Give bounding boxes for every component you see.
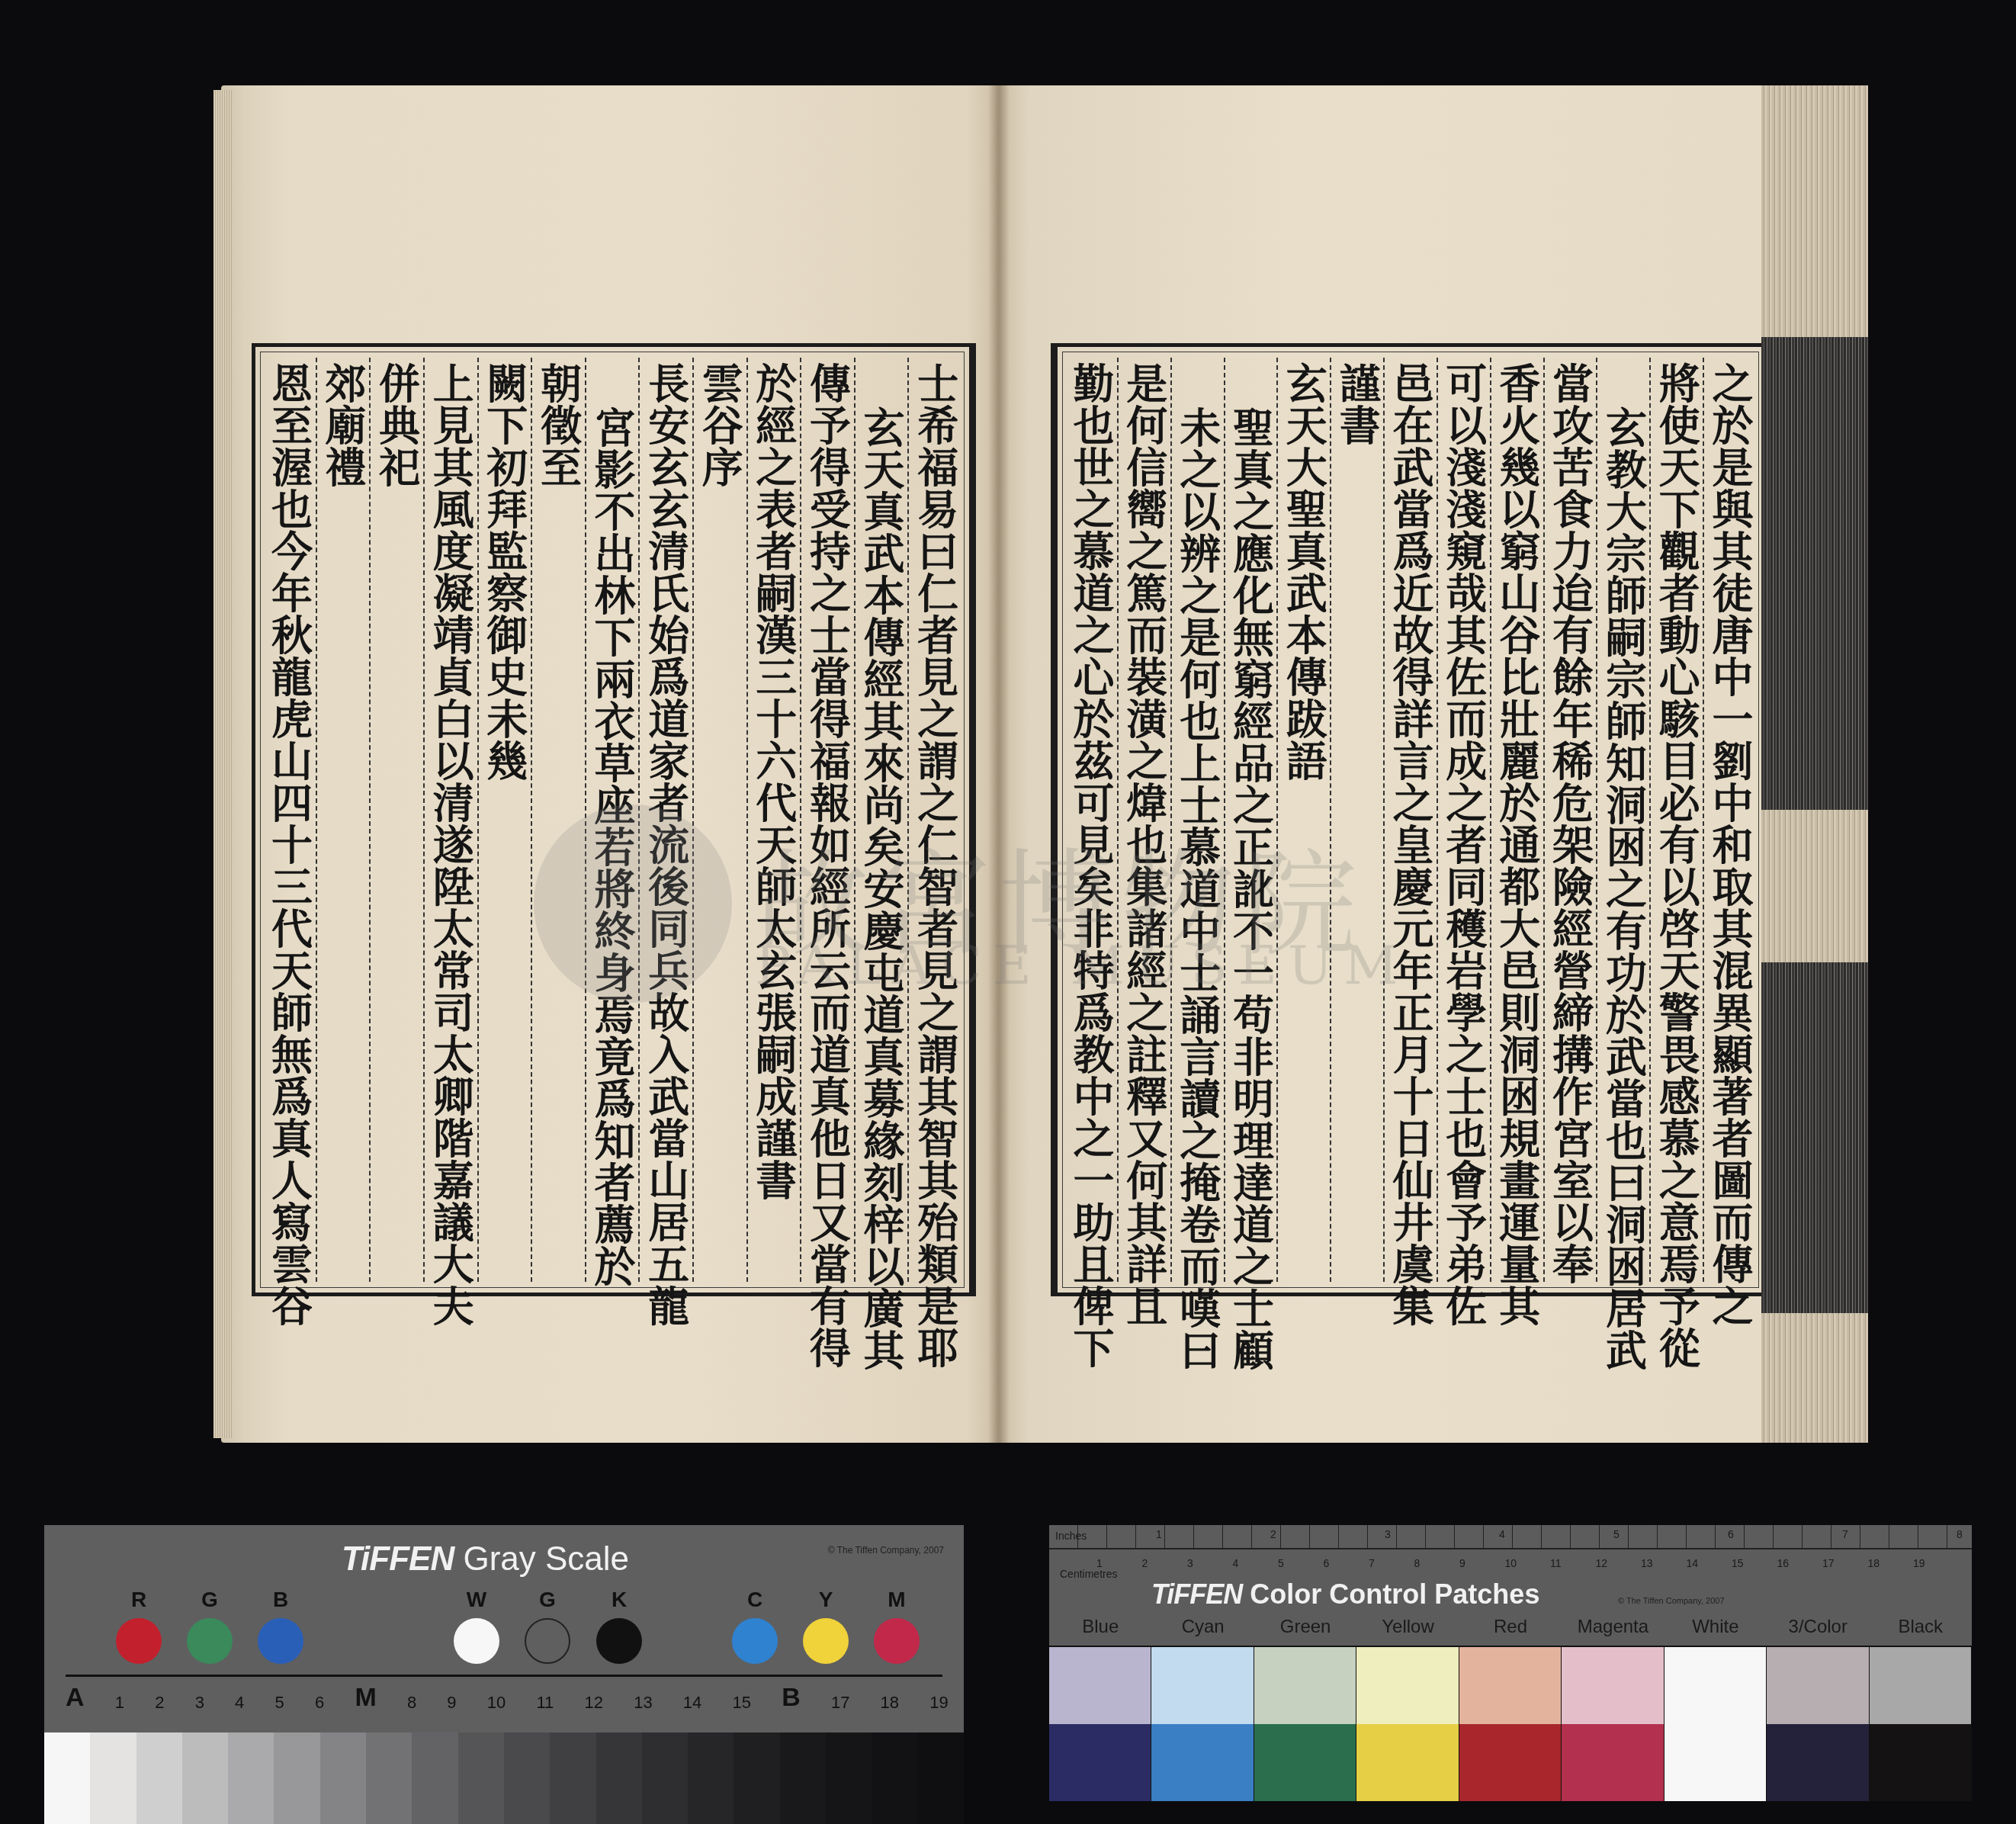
left-page-columns: 士希福易曰仁者見之謂之仁智者見之謂其智其殆類是耶玄天真武本傳經其來尚矣安慶屯道真… [263,358,961,1282]
gray-step [642,1732,688,1824]
text-column: 當攻苦食力迨有餘年稀危架險經營締搆作宮室以奉 [1543,358,1597,1282]
gray-scale-copyright: © The Tiffen Company, 2007 [828,1545,944,1556]
cm-mark: 3 [1187,1557,1193,1569]
step-label: A [66,1683,85,1713]
color-dot: C [730,1588,779,1664]
gray-step [504,1732,550,1824]
centimetres-label: Centimetres [1060,1568,1117,1580]
patch-labels: BlueCyanGreenYellowRedMagentaWhite3/Colo… [1049,1617,1972,1638]
cm-mark: 11 [1550,1557,1562,1569]
color-patch-light [1049,1647,1151,1724]
cm-mark: 2 [1142,1557,1148,1569]
gray-step [826,1732,872,1824]
gray-step [228,1732,274,1824]
text-column: 上見其風度凝靖貞白以清遂陞太常司太卿階嘉議大夫 [423,358,477,1282]
column-text: 雲谷序 [699,358,740,1282]
color-dot: B [256,1588,305,1664]
text-column: 可以淺淺窺哉其佐而成之者同穫岩學之士也會予弟佐 [1437,358,1490,1282]
color-patch-light [1151,1647,1254,1724]
column-text: 玄教大宗師嗣宗師知洞囦之有功於武當也曰洞囦居武 [1603,358,1644,1282]
text-column: 聖真之應化無窮經品之正訛不一苟非明理達道之士顧 [1224,358,1277,1282]
text-column: 邑在武當爲近故得詳言之皇慶元年正月十日仙井虞集 [1383,358,1437,1282]
cm-mark: 8 [1414,1557,1421,1569]
patch-label: Red [1459,1617,1562,1638]
color-dot: G [185,1588,234,1664]
step-label: 1 [115,1693,124,1713]
color-patch-dark [1356,1724,1459,1801]
step-label: 8 [407,1693,416,1713]
column-text: 是何信嚮之篤而裝潢之煒也集諸經之註釋又何其詳且 [1124,358,1165,1282]
gray-scale-title-text: Gray Scale [463,1540,629,1578]
text-column: 郊廟禮 [316,358,370,1282]
right-page-text-frame: 之於是與其徒唐中一劉中和取其混異顯著者圖而傳之將使天下觀者動心駭目必有以啓天警畏… [1051,343,1767,1296]
cm-mark: 15 [1732,1557,1744,1569]
gray-step [872,1732,917,1824]
cm-mark: 4 [1233,1557,1239,1569]
column-text: 宮影不出林下兩衣草座若將終身焉竟爲知者薦於 [592,358,633,1282]
step-label: 14 [683,1693,701,1713]
open-book: 士希福易曰仁者見之謂之仁智者見之謂其智其殆類是耶玄天真武本傳經其來尚矣安慶屯道真… [221,85,1868,1443]
patch-label: Blue [1049,1617,1151,1638]
cm-mark: 7 [1369,1557,1375,1569]
color-dot-label: G [185,1588,234,1612]
gray-step [780,1732,826,1824]
patch-label: Yellow [1356,1617,1459,1638]
color-patch-dark [1767,1724,1869,1801]
inch-mark: 2 [1270,1528,1276,1540]
color-patch-dark [1151,1724,1254,1801]
gray-step [320,1732,366,1824]
column-text: 玄天真武本傳經其來尚矣安慶屯道真募緣刻梓以廣其 [861,358,902,1282]
step-label: M [355,1683,376,1713]
text-column: 傳予得受持之士當得福報如經所云而道真他日又當有得 [800,358,854,1282]
text-column: 士希福易曰仁者見之謂之仁智者見之謂其智其殆類是耶 [907,358,961,1282]
color-swatch [525,1618,570,1664]
column-text: 勤也世之慕道之心於茲可見矣非特爲教中之一助且俾下 [1071,358,1112,1282]
text-column: 玄教大宗師嗣宗師知洞囦之有功於武當也曰洞囦居武 [1596,358,1649,1282]
color-patch-dark [1459,1724,1562,1801]
color-patch-light [1562,1647,1664,1724]
column-text: 闕下初拜監察御史未幾 [484,358,525,1282]
text-column: 併典祀 [369,358,423,1282]
color-dot: Y [801,1588,850,1664]
color-patch-light [1664,1647,1767,1724]
cm-mark: 12 [1596,1557,1608,1569]
color-swatch [874,1618,920,1664]
book-gutter [988,85,1010,1443]
color-patch-light [1870,1647,1972,1724]
color-dot-label: B [256,1588,305,1612]
inch-mark: 1 [1156,1528,1162,1540]
gray-step [412,1732,457,1824]
left-page-edges [213,90,232,1438]
gray-step-labels: A123456M89101112131415B171819 [66,1682,949,1713]
text-column: 闕下初拜監察御史未幾 [477,358,531,1282]
color-dot-label: M [872,1588,921,1612]
column-text: 上見其風度凝靖貞白以清遂陞太常司太卿階嘉議大夫 [430,358,471,1282]
column-text: 聖真之應化無窮經品之正訛不一苟非明理達道之士顧 [1230,358,1271,1282]
column-text: 將使天下觀者動心駭目必有以啓天警畏感慕之意焉予從 [1656,358,1697,1282]
column-text: 長安玄玄清氏始爲道家者流後同兵故入武當山居五龍 [646,358,687,1282]
color-dot: K [595,1588,644,1664]
inch-mark: 7 [1842,1528,1848,1540]
step-label: 17 [831,1693,849,1713]
color-patch-light [1254,1647,1356,1724]
right-page-columns: 之於是與其徒唐中一劉中和取其混異顯著者圖而傳之將使天下觀者動心駭目必有以啓天警畏… [1065,358,1756,1282]
left-page: 士希福易曰仁者見之謂之仁智者見之謂其智其殆類是耶玄天真武本傳經其來尚矣安慶屯道真… [221,85,999,1443]
patch-label: Black [1870,1617,1972,1638]
step-label: 5 [275,1693,284,1713]
cm-mark: 18 [1868,1557,1880,1569]
step-label: B [782,1683,801,1713]
color-patch-dark [1049,1724,1151,1801]
text-column: 謹書 [1330,358,1383,1282]
color-reference-dots: RGBWGKCYM [44,1588,964,1671]
text-column: 玄天真武本傳經其來尚矣安慶屯道真募緣刻梓以廣其 [854,358,908,1282]
color-control-title: TiFFEN Color Control Patches [1151,1578,1539,1610]
gray-step [688,1732,734,1824]
gray-step [596,1732,642,1824]
tiffen-logo: TiFFEN [1151,1578,1242,1610]
color-dot-label: Y [801,1588,850,1612]
color-dot: R [114,1588,163,1664]
patch-label: White [1664,1617,1767,1638]
inches-label: Inches [1055,1530,1087,1542]
color-dot-label: K [595,1588,644,1612]
gray-step [182,1732,228,1824]
tiffen-logo: TiFFEN [342,1540,454,1578]
gray-step [90,1732,136,1824]
text-column: 長安玄玄清氏始爲道家者流後同兵故入武當山居五龍 [638,358,692,1282]
step-label: 10 [487,1693,506,1713]
color-control-copyright: © The Tiffen Company, 2007 [1618,1597,1725,1606]
column-text: 於經之表者嗣漢三十六代天師太玄張嗣成謹書 [753,358,795,1282]
color-patch-light [1356,1647,1459,1724]
patch-label: Green [1254,1617,1356,1638]
column-text: 併典祀 [377,358,418,1282]
column-text: 謹書 [1337,358,1378,1282]
cm-mark: 19 [1913,1557,1925,1569]
gray-step [734,1732,779,1824]
step-label: 19 [929,1693,948,1713]
color-swatch [258,1618,303,1664]
color-swatch [803,1618,849,1664]
text-column: 香火幾以窮山谷比壯麗於通都大邑則洞囦規畫運量其 [1490,358,1543,1282]
step-label: 13 [634,1693,652,1713]
gray-step-strip [44,1732,964,1824]
text-column: 是何信嚮之篤而裝潢之煒也集諸經之註釋又何其詳且 [1117,358,1170,1282]
inch-mark: 5 [1613,1528,1620,1540]
step-label: 9 [447,1693,456,1713]
column-text: 當攻苦食力迨有餘年稀危架險經營締搆作宮室以奉 [1550,358,1591,1282]
color-swatch [187,1618,233,1664]
step-label: 3 [195,1693,204,1713]
text-column: 恩至渥也今年秋龍虎山四十三代天師無爲真人寫雲谷 [263,358,316,1282]
color-swatch [596,1618,642,1664]
gray-step [136,1732,182,1824]
text-column: 玄天大聖真武本傳跋語 [1276,358,1330,1282]
inch-mark: 3 [1385,1528,1391,1540]
color-dot-label: R [114,1588,163,1612]
cm-mark: 16 [1777,1557,1790,1569]
cm-mark: 14 [1687,1557,1699,1569]
divider [66,1675,942,1677]
text-column: 勤也世之慕道之心於茲可見矣非特爲教中之一助且俾下 [1065,358,1117,1282]
inch-mark: 4 [1499,1528,1505,1540]
step-label: 15 [732,1693,750,1713]
cm-mark: 17 [1822,1557,1835,1569]
color-patch-dark [1870,1724,1972,1801]
color-swatch [732,1618,778,1664]
gray-step [44,1732,90,1824]
step-label: 12 [584,1693,602,1713]
text-column: 將使天下觀者動心駭目必有以啓天警畏感慕之意焉予從 [1649,358,1703,1282]
color-dot: G [523,1588,572,1664]
inch-ruler [1049,1525,1972,1549]
patch-label: Magenta [1562,1617,1664,1638]
gray-scale-card: TiFFEN Gray Scale © The Tiffen Company, … [44,1525,964,1800]
step-label: 4 [235,1693,244,1713]
gray-step [274,1732,319,1824]
column-text: 恩至渥也今年秋龍虎山四十三代天師無爲真人寫雲谷 [268,358,310,1282]
color-patch-light [1459,1647,1562,1724]
gray-scale-title: TiFFEN Gray Scale [342,1540,629,1578]
column-text: 可以淺淺窺哉其佐而成之者同穫岩學之士也會予弟佐 [1443,358,1485,1282]
text-column: 於經之表者嗣漢三十六代天師太玄張嗣成謹書 [746,358,801,1282]
color-patch-dark [1254,1724,1356,1801]
color-patch-dark [1664,1724,1767,1801]
color-dot-label: C [730,1588,779,1612]
gray-step [458,1732,504,1824]
cm-mark: 5 [1278,1557,1284,1569]
cm-mark: 9 [1459,1557,1465,1569]
cm-mark: 6 [1324,1557,1330,1569]
color-patch-light [1767,1647,1869,1724]
text-column: 之於是與其徒唐中一劉中和取其混異顯著者圖而傳之 [1703,358,1756,1282]
left-page-text-frame: 士希福易曰仁者見之謂之仁智者見之謂其智其殆類是耶玄天真武本傳經其來尚矣安慶屯道真… [252,343,976,1296]
color-dot-label: G [523,1588,572,1612]
patch-label: 3/Color [1767,1617,1869,1638]
color-swatch [116,1618,162,1664]
column-text: 邑在武當爲近故得詳言之皇慶元年正月十日仙井虞集 [1390,358,1431,1282]
text-column: 宮影不出林下兩衣草座若將終身焉竟爲知者薦於 [585,358,639,1282]
step-label: 18 [881,1693,899,1713]
color-patch-dark [1562,1724,1664,1801]
text-column: 朝徵至 [531,358,585,1282]
column-text: 傳予得受持之士當得福報如經所云而道真他日又當有得 [807,358,848,1282]
cm-mark: 13 [1641,1557,1653,1569]
column-text: 玄天大聖真武本傳跋語 [1283,358,1324,1282]
step-label: 11 [536,1693,554,1713]
column-text: 香火幾以窮山谷比壯麗於通都大邑則洞囦規畫運量其 [1497,358,1538,1282]
patch-label: Cyan [1151,1617,1254,1638]
gray-step [918,1732,964,1824]
color-patches [1049,1646,1972,1801]
gray-step [550,1732,595,1824]
color-control-title-text: Color Control Patches [1250,1578,1539,1610]
column-text: 朝徵至 [538,358,579,1282]
right-page: 之於是與其徒唐中一劉中和取其混異顯著者圖而傳之將使天下觀者動心駭目必有以啓天警畏… [999,85,1761,1443]
color-dot: M [872,1588,921,1664]
color-dot-label: W [452,1588,501,1612]
color-dot: W [452,1588,501,1664]
step-label: 6 [315,1693,324,1713]
cm-mark: 10 [1505,1557,1517,1569]
inch-mark: 8 [1957,1528,1963,1540]
text-column: 雲谷序 [692,358,746,1282]
column-text: 未之以辨之是何也上士慕道中士誦言讀之掩卷而嘆曰 [1177,358,1218,1282]
text-column: 未之以辨之是何也上士慕道中士誦言讀之掩卷而嘆曰 [1170,358,1224,1282]
gray-step [366,1732,412,1824]
color-swatch [454,1618,499,1664]
color-control-card: Inches 12345678 123456789101112131415161… [1049,1525,1972,1800]
column-text: 之於是與其徒唐中一劉中和取其混異顯著者圖而傳之 [1709,358,1751,1282]
step-label: 2 [155,1693,164,1713]
column-text: 郊廟禮 [323,358,364,1282]
fore-edge [1761,85,1868,1443]
column-text: 士希福易曰仁者見之謂之仁智者見之謂其智其殆類是耶 [915,358,956,1282]
inch-mark: 6 [1728,1528,1734,1540]
